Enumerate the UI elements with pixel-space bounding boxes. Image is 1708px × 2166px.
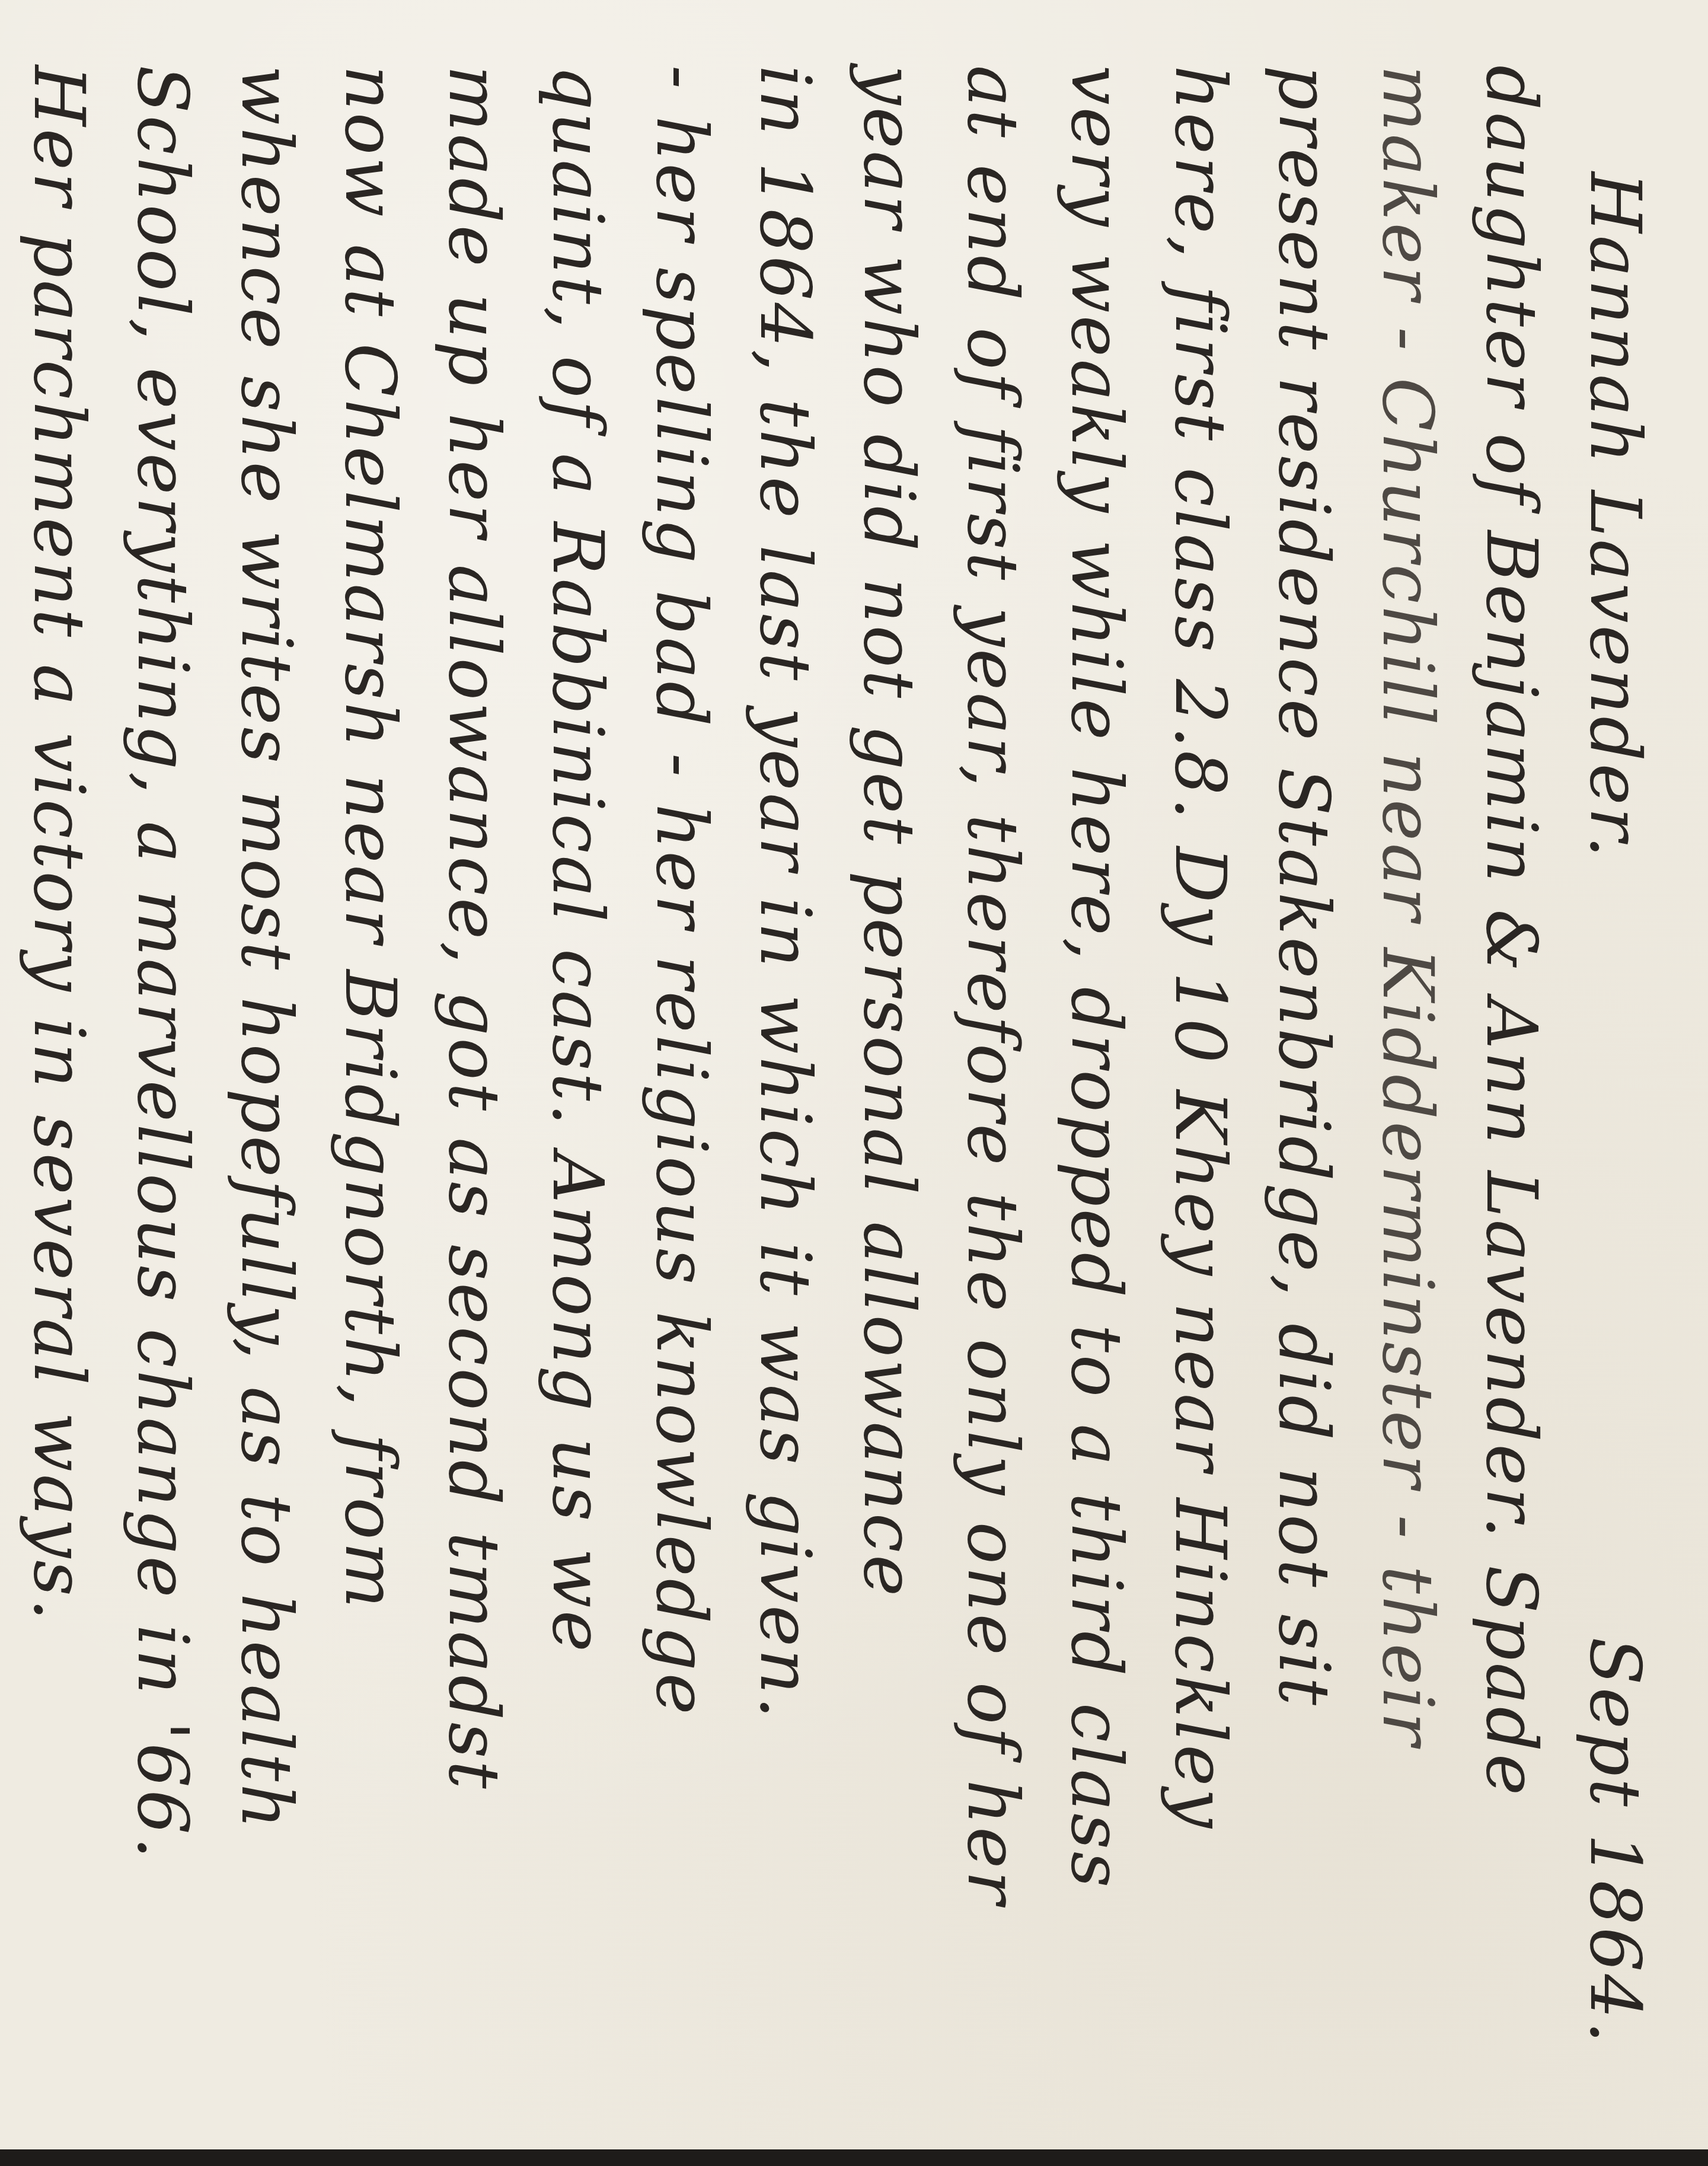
text-line-4: here, first class 2.8. Dy 10 Khey near H… — [1156, 65, 1245, 2117]
text-line-14: School, everything, a marvellous change … — [119, 65, 207, 2117]
text-line-10: quaint, of a Rabbinical cast. Among us w… — [534, 65, 622, 2117]
rotated-sheet: Hannah Lavender. Sept 1864. daughter of … — [47, 65, 1660, 2117]
entry-date: Sept 1864. — [1571, 1637, 1660, 2046]
text-line-15: Her parchment a victory in several ways. — [15, 65, 104, 2117]
text-line-12: now at Chelmarsh near Bridgnorth, from — [326, 65, 415, 2117]
scan-bottom-border — [0, 2149, 1708, 2166]
text-line-2: maker - Churchill near Kidderminster - t… — [1364, 65, 1452, 2117]
text-line-6: at end of first year, therefore the only… — [949, 65, 1037, 2117]
handwritten-page: Hannah Lavender. Sept 1864. daughter of … — [0, 0, 1708, 2149]
text-line-13: whence she writes most hopefully, as to … — [222, 65, 311, 2117]
text-line-7: year who did not get personal allowance — [845, 65, 934, 2117]
text-line-9: - her spelling bad - her religious knowl… — [637, 65, 726, 2117]
text-line-8: in 1864, the last year in which it was g… — [741, 65, 830, 2117]
text-line-11: made up her allowance, got as second tma… — [430, 65, 519, 2117]
header-line: Hannah Lavender. Sept 1864. — [1571, 65, 1660, 2117]
student-name: Hannah Lavender. — [1575, 65, 1656, 860]
text-line-3: present residence Stakenbridge, did not … — [1260, 65, 1349, 2117]
text-line-1: daughter of Benjamin & Ann Lavender. Spa… — [1467, 65, 1556, 2117]
text-line-5: very weakly while here, dropped to a thi… — [1052, 65, 1141, 2117]
